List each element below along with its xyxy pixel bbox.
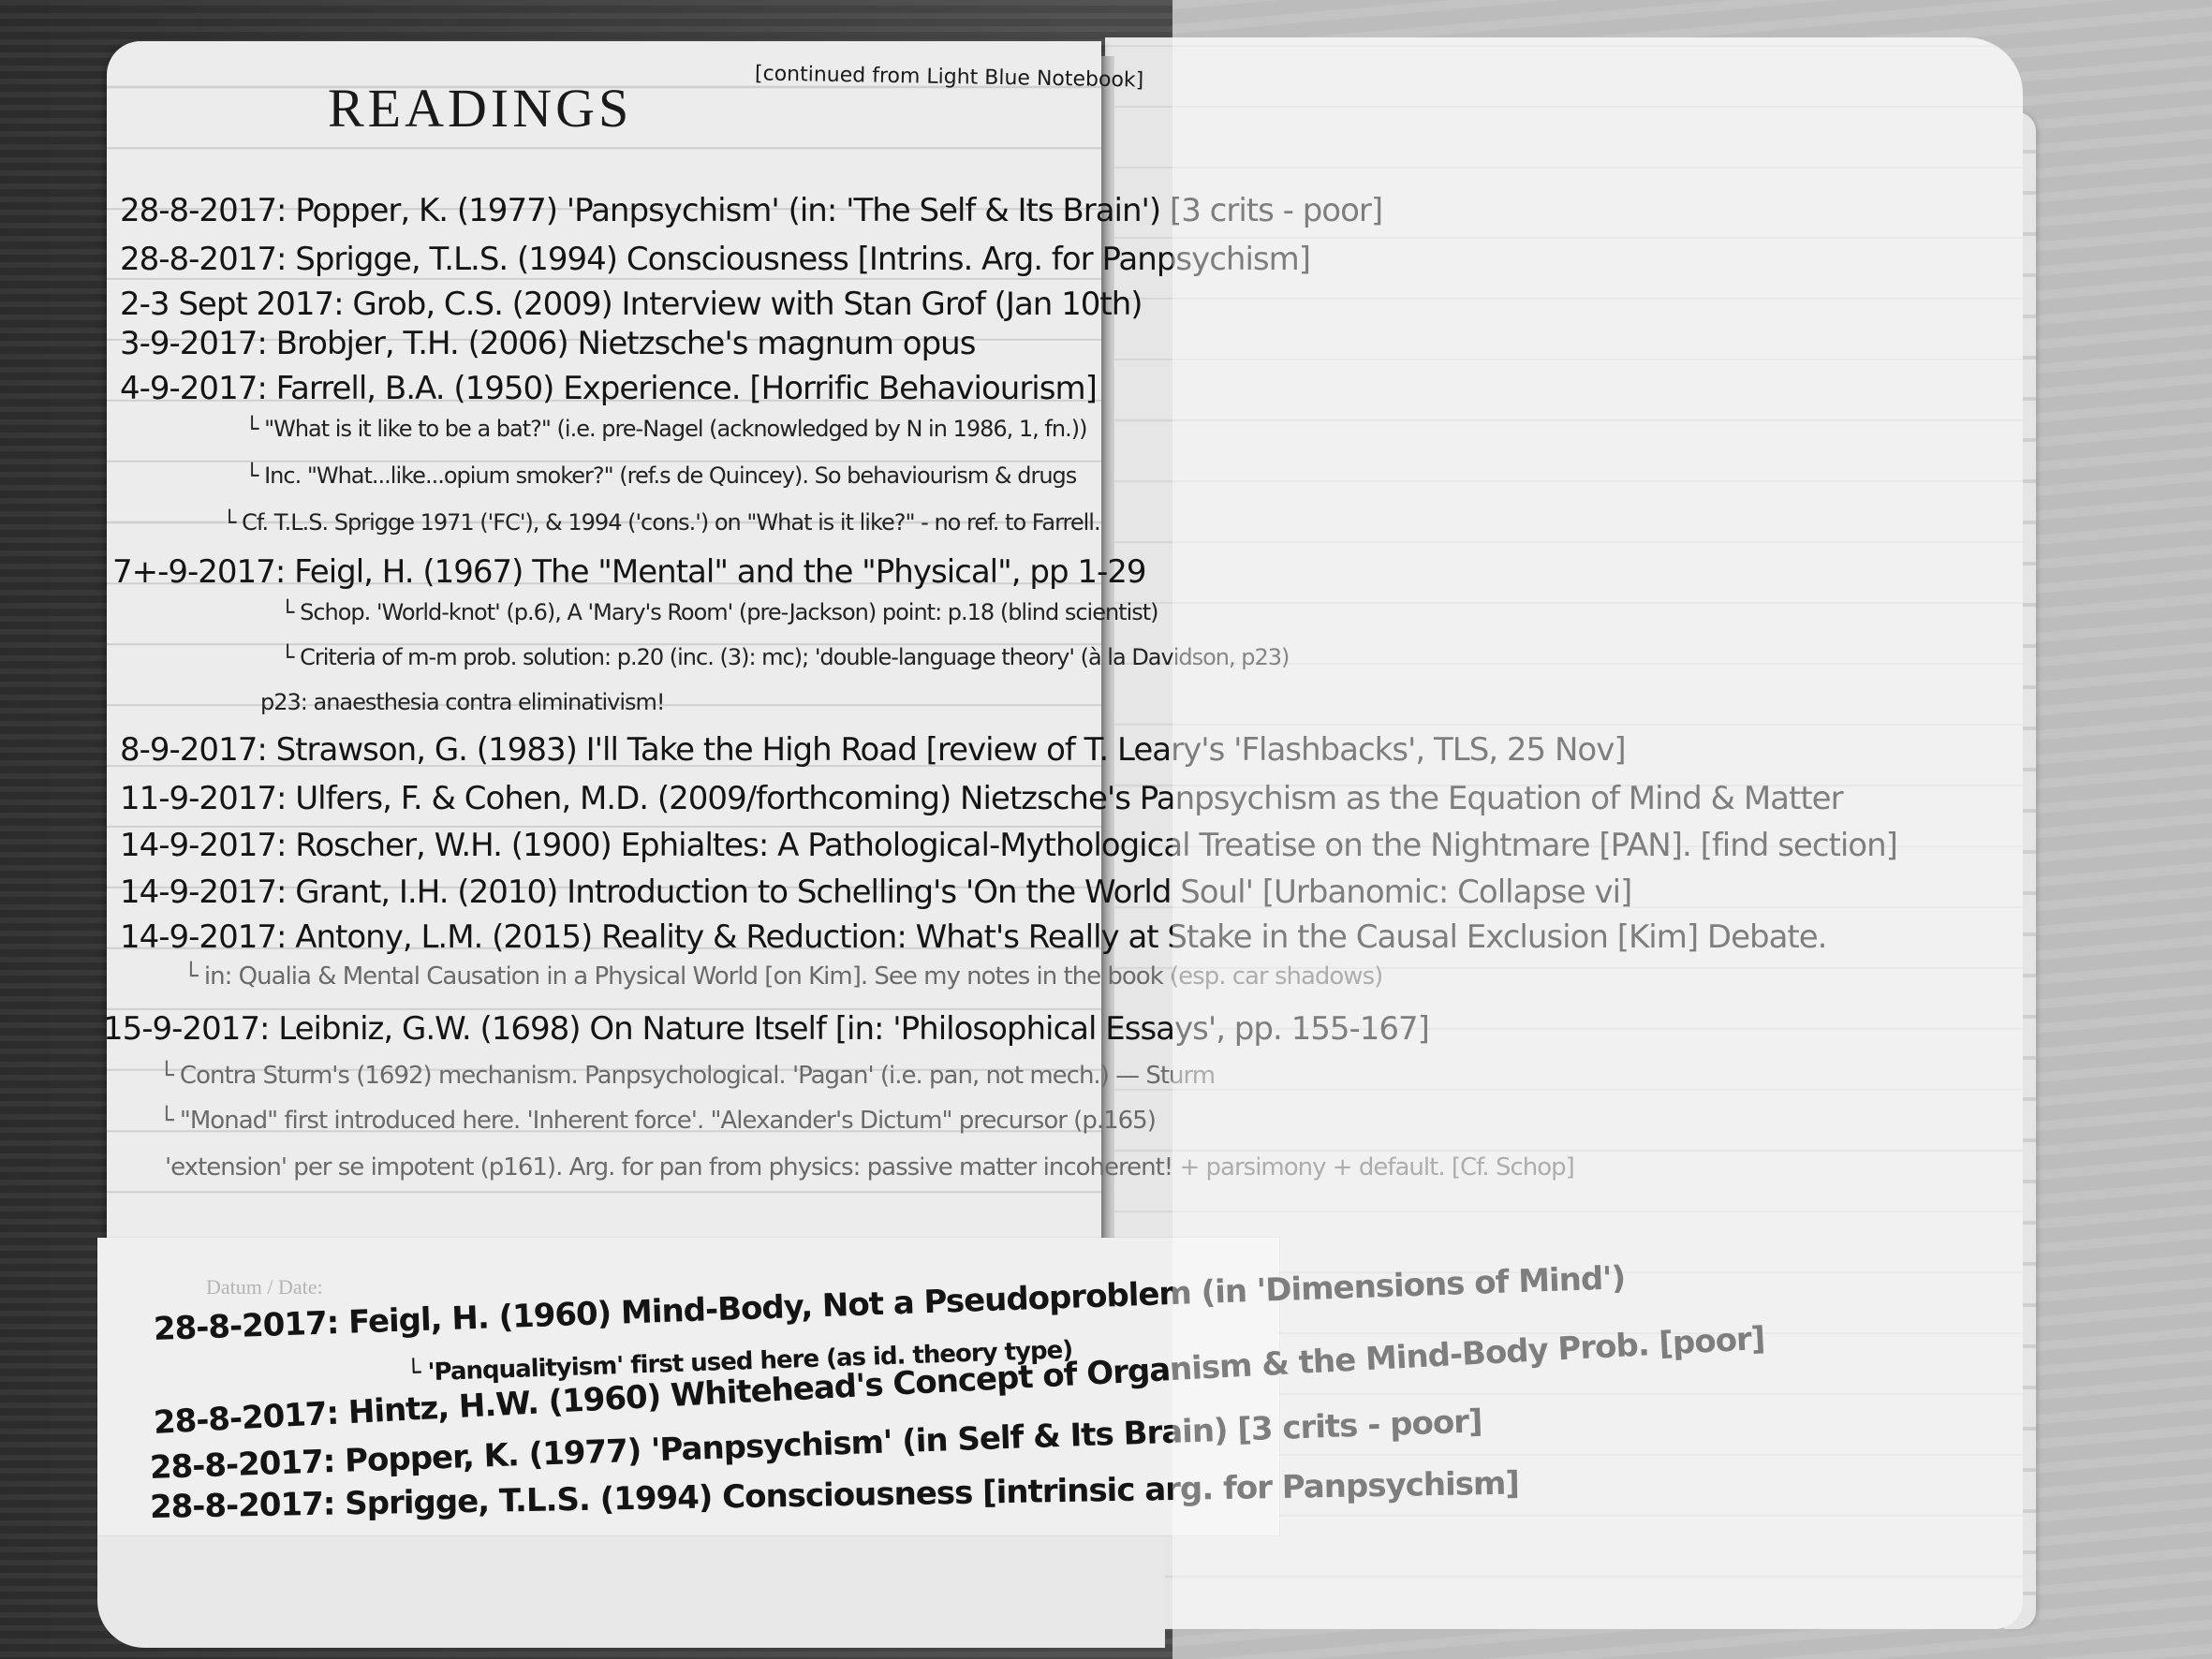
reading-entry: 8-9-2017: Strawson, G. (1983) I'll Take …	[120, 727, 1626, 773]
reading-entry: 3-9-2017: Brobjer, T.H. (2006) Nietzsche…	[120, 320, 975, 367]
reading-note: └ Inc. "What...like...opium smoker?" (re…	[245, 462, 1076, 489]
pasted-paper-slip: Datum / Date: 28-8-2017: Feigl, H. (1960…	[97, 1238, 1279, 1535]
reading-entry: 4-9-2017: Farrell, B.A. (1950) Experienc…	[120, 365, 1097, 412]
reading-note-pencil: └ "Monad" first introduced here. 'Inhere…	[159, 1107, 1156, 1135]
reading-note-pencil: 'extension' per se impotent (p161). Arg.…	[165, 1153, 1574, 1182]
reading-entry: 7+-9-2017: Feigl, H. (1967) The "Mental"…	[112, 549, 1146, 595]
reading-entry: 14-9-2017: Antony, L.M. (2015) Reality &…	[120, 914, 1827, 961]
reading-note: └ Schop. 'World-knot' (p.6), A 'Mary's R…	[281, 599, 1158, 625]
reading-entry: 14-9-2017: Roscher, W.H. (1900) Ephialte…	[120, 822, 1897, 869]
reading-note: └ "What is it like to be a bat?" (i.e. p…	[245, 416, 1086, 442]
reading-note-pencil: └ in: Qualia & Mental Causation in a Phy…	[184, 962, 1382, 991]
reading-note: └ Cf. T.L.S. Sprigge 1971 ('FC'), & 1994…	[223, 509, 1100, 536]
reading-entry: 11-9-2017: Ulfers, F. & Cohen, M.D. (200…	[120, 775, 1843, 822]
reading-note: └ Criteria of m-m prob. solution: p.20 (…	[281, 644, 1289, 670]
reading-entry: 14-9-2017: Grant, I.H. (2010) Introducti…	[120, 869, 1631, 916]
left-page-bottom-margin	[97, 1535, 1165, 1648]
date-label: Datum / Date:	[206, 1275, 323, 1299]
page-title: READINGS	[328, 77, 632, 139]
reading-entry: 15-9-2017: Leibniz, G.W. (1698) On Natur…	[103, 1006, 1429, 1052]
reading-note: p23: anaesthesia contra eliminativism!	[260, 689, 665, 715]
reading-entry: 28-8-2017: Sprigge, T.L.S. (1994) Consci…	[120, 236, 1310, 283]
reading-entry: 28-8-2017: Popper, K. (1977) 'Panpsychis…	[120, 187, 1382, 234]
reading-note-pencil: └ Contra Sturm's (1692) mechanism. Panps…	[159, 1062, 1215, 1090]
